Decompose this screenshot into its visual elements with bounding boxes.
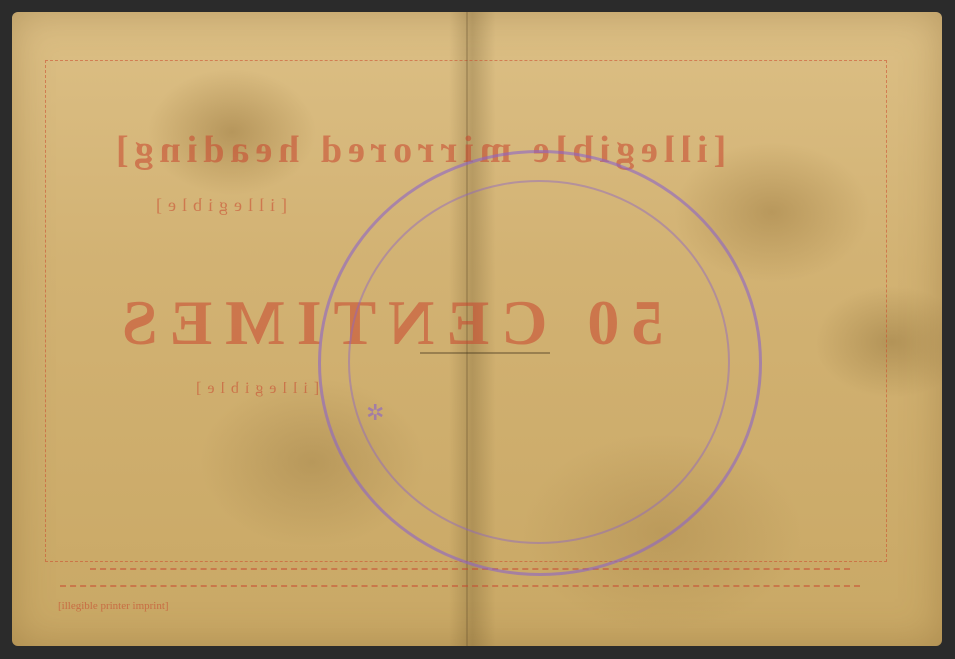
signature-line-2 <box>60 585 860 587</box>
printer-imprint: [illegible printer imprint] <box>58 600 169 612</box>
circular-stamp-inner <box>348 180 730 544</box>
rosette-icon: ✲ <box>366 400 384 426</box>
mirrored-heading: [illegible mirrored heading] <box>110 128 726 172</box>
signature-line-1 <box>90 568 850 570</box>
mirrored-small-text: [illegible] <box>190 380 319 398</box>
mirrored-subheading: [illegible] <box>150 195 287 216</box>
